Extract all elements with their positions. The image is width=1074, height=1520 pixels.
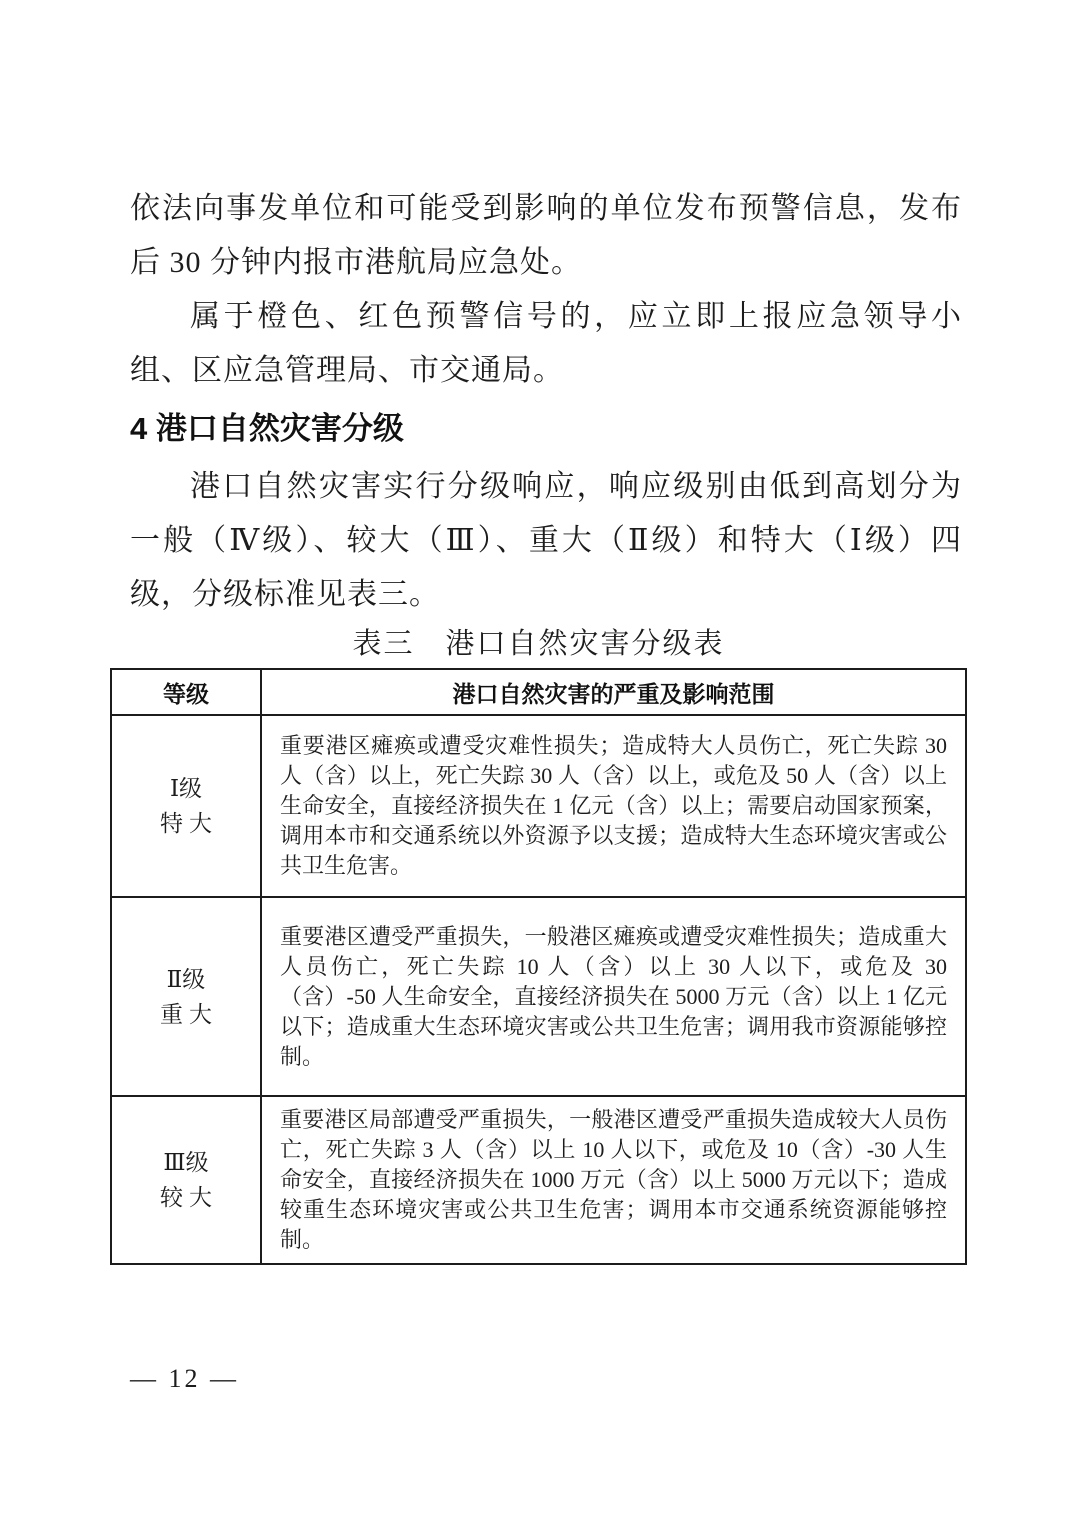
- description-cell-3: 重要港区局部遭受严重损失，一般港区遭受严重损失造成较大人员伤亡，死亡失踪 3 人…: [261, 1096, 966, 1264]
- document-content: 依法向事发单位和可能受到影响的单位发布预警信息，发布后 30 分钟内报市港航局应…: [130, 182, 962, 1265]
- disaster-grading-table: 等级 港口自然灾害的严重及影响范围 Ⅰ级 特大 重要港区瘫痪或遭受灾难性损失；造…: [110, 668, 967, 1265]
- level-label-2: Ⅱ级: [113, 962, 259, 997]
- level-label-1: Ⅰ级: [113, 771, 259, 806]
- table-row-level-3: Ⅲ级 较大 重要港区局部遭受严重损失，一般港区遭受严重损失造成较大人员伤亡，死亡…: [111, 1096, 966, 1264]
- table-header-row: 等级 港口自然灾害的严重及影响范围: [111, 669, 966, 715]
- table-caption: 表三 港口自然灾害分级表: [110, 624, 967, 664]
- table-block: 表三 港口自然灾害分级表 等级 港口自然灾害的严重及影响范围 Ⅰ级 特大 重要港…: [110, 624, 967, 1265]
- severity-label-3: 较大: [113, 1180, 259, 1215]
- level-label-3: Ⅲ级: [113, 1145, 259, 1180]
- paragraph-orange-red-warning: 属于橙色、红色预警信号的，应立即上报应急领导小组、区应急管理局、市交通局。: [130, 290, 962, 398]
- document-page: 依法向事发单位和可能受到影响的单位发布预警信息，发布后 30 分钟内报市港航局应…: [0, 0, 1074, 1520]
- description-cell-2: 重要港区遭受严重损失，一般港区瘫痪或遭受灾难性损失；造成重大人员伤亡，死亡失踪 …: [261, 897, 966, 1096]
- level-cell-1: Ⅰ级 特大: [111, 715, 261, 897]
- level-cell-2: Ⅱ级 重大: [111, 897, 261, 1096]
- severity-label-1: 特大: [113, 806, 259, 841]
- table-row-level-2: Ⅱ级 重大 重要港区遭受严重损失，一般港区瘫痪或遭受灾难性损失；造成重大人员伤亡…: [111, 897, 966, 1096]
- paragraph-warning-release: 依法向事发单位和可能受到影响的单位发布预警信息，发布后 30 分钟内报市港航局应…: [130, 182, 962, 290]
- page-number: — 12 —: [130, 1364, 239, 1394]
- table-header-scope: 港口自然灾害的严重及影响范围: [261, 669, 966, 715]
- severity-label-2: 重大: [113, 997, 259, 1032]
- paragraph-grading-intro: 港口自然灾害实行分级响应，响应级别由低到高划分为一般（Ⅳ级）、较大（Ⅲ）、重大（…: [130, 460, 962, 622]
- section-heading-disaster-grading: 4 港口自然灾害分级: [130, 406, 962, 452]
- level-cell-3: Ⅲ级 较大: [111, 1096, 261, 1264]
- description-cell-1: 重要港区瘫痪或遭受灾难性损失；造成特大人员伤亡，死亡失踪 30 人（含）以上，死…: [261, 715, 966, 897]
- table-row-level-1: Ⅰ级 特大 重要港区瘫痪或遭受灾难性损失；造成特大人员伤亡，死亡失踪 30 人（…: [111, 715, 966, 897]
- table-header-level: 等级: [111, 669, 261, 715]
